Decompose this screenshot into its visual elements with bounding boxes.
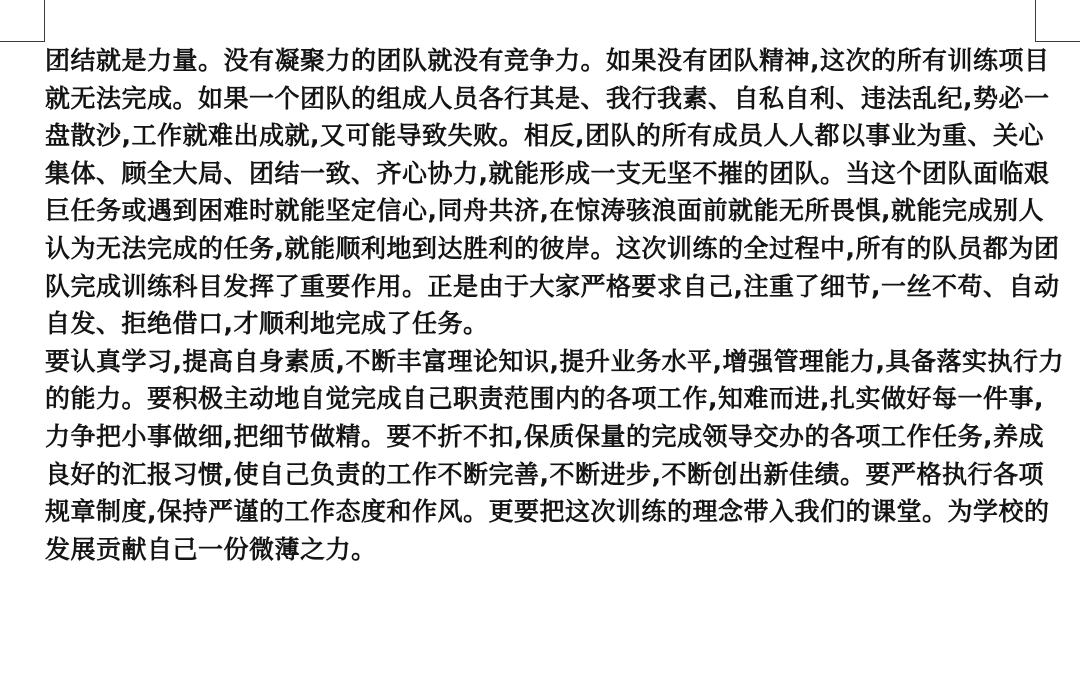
text-line: 的能力。要积极主动地自觉完成自己职责范围内的各项工作,知难而进,扎实做好每一件事… (45, 380, 1040, 418)
text-line: 自发、拒绝借口,才顺利地完成了任务。 (45, 305, 1040, 343)
text-line: 巨任务或遇到困难时就能坚定信心,同舟共济,在惊涛骇浪面前就能无所畏惧,就能完成别… (45, 192, 1040, 230)
page-corner-mark-top-right (1035, 0, 1080, 42)
text-line: 盘散沙,工作就难出成就,又可能导致失败。相反,团队的所有成员人人都以事业为重、关… (45, 117, 1040, 155)
page-corner-mark-top-left (0, 0, 45, 42)
text-line: 就无法完成。如果一个团队的组成人员各行其是、我行我素、自私自利、违法乱纪,势必一 (45, 80, 1040, 118)
text-line: 发展贡献自己一份微薄之力。 (45, 531, 1040, 569)
text-line: 认为无法完成的任务,就能顺利地到达胜利的彼岸。这次训练的全过程中,所有的队员都为… (45, 230, 1040, 268)
paragraph-teamwork: 团结就是力量。没有凝聚力的团队就没有竞争力。如果没有团队精神,这次的所有训练项目… (45, 42, 1040, 343)
essay-text-block: 团结就是力量。没有凝聚力的团队就没有竞争力。如果没有团队精神,这次的所有训练项目… (45, 42, 1040, 568)
text-line: 要认真学习,提高自身素质,不断丰富理论知识,提升业务水平,增强管理能力,具备落实… (45, 343, 1040, 381)
paragraph-self-improvement: 要认真学习,提高自身素质,不断丰富理论知识,提升业务水平,增强管理能力,具备落实… (45, 343, 1040, 569)
text-line: 力争把小事做细,把细节做精。要不折不扣,保质保量的完成领导交办的各项工作任务,养… (45, 418, 1040, 456)
text-line: 团结就是力量。没有凝聚力的团队就没有竞争力。如果没有团队精神,这次的所有训练项目 (45, 42, 1040, 80)
document-page: 团结就是力量。没有凝聚力的团队就没有竞争力。如果没有团队精神,这次的所有训练项目… (0, 0, 1080, 681)
text-line: 规章制度,保持严谨的工作态度和作风。更要把这次训练的理念带入我们的课堂。为学校的 (45, 493, 1040, 531)
text-line: 队完成训练科目发挥了重要作用。正是由于大家严格要求自己,注重了细节,一丝不苟、自… (45, 268, 1040, 306)
text-line: 集体、顾全大局、团结一致、齐心协力,就能形成一支无坚不摧的团队。当这个团队面临艰 (45, 155, 1040, 193)
text-line: 良好的汇报习惯,使自己负责的工作不断完善,不断进步,不断创出新佳绩。要严格执行各… (45, 456, 1040, 494)
